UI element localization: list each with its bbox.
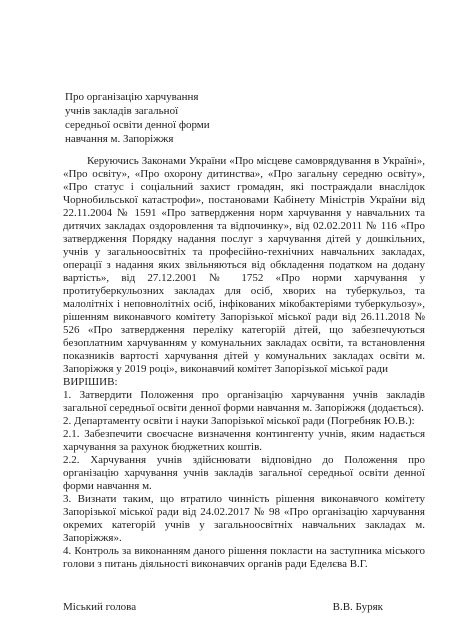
- signature-row: Міський голова В.В. Буряк: [63, 601, 425, 614]
- signature-name: В.В. Буряк: [333, 601, 383, 614]
- decision-item-2: 2. Департаменту освіти і науки Запорізьк…: [63, 415, 425, 428]
- title-line-4: навчання м. Запоріжжя: [65, 132, 250, 146]
- decision-item-2-2: 2.2. Харчування учнів здійснювати відпов…: [63, 454, 425, 493]
- title-line-2: учнів закладів загальної: [65, 104, 250, 118]
- title-line-3: середньої освіти денної форми: [65, 118, 250, 132]
- document-page: Про організацію харчування учнів закладі…: [0, 0, 453, 640]
- signature-position-label: Міський голова: [63, 601, 136, 614]
- decision-label: ВИРІШИВ:: [63, 376, 425, 389]
- decision-item-2-1: 2.1. Забезпечити своєчасне визначення ко…: [63, 428, 425, 454]
- decision-item-4: 4. Контроль за виконанням даного рішення…: [63, 545, 425, 571]
- decision-item-1: 1. Затвердити Положення про організацію …: [63, 389, 425, 415]
- decision-item-3: 3. Визнати таким, що втратило чинність р…: [63, 493, 425, 545]
- title-line-1: Про організацію харчування: [65, 90, 250, 104]
- document-title: Про організацію харчування учнів закладі…: [65, 90, 250, 146]
- intro-paragraph: Керуючись Законами України «Про місцеве …: [63, 155, 425, 376]
